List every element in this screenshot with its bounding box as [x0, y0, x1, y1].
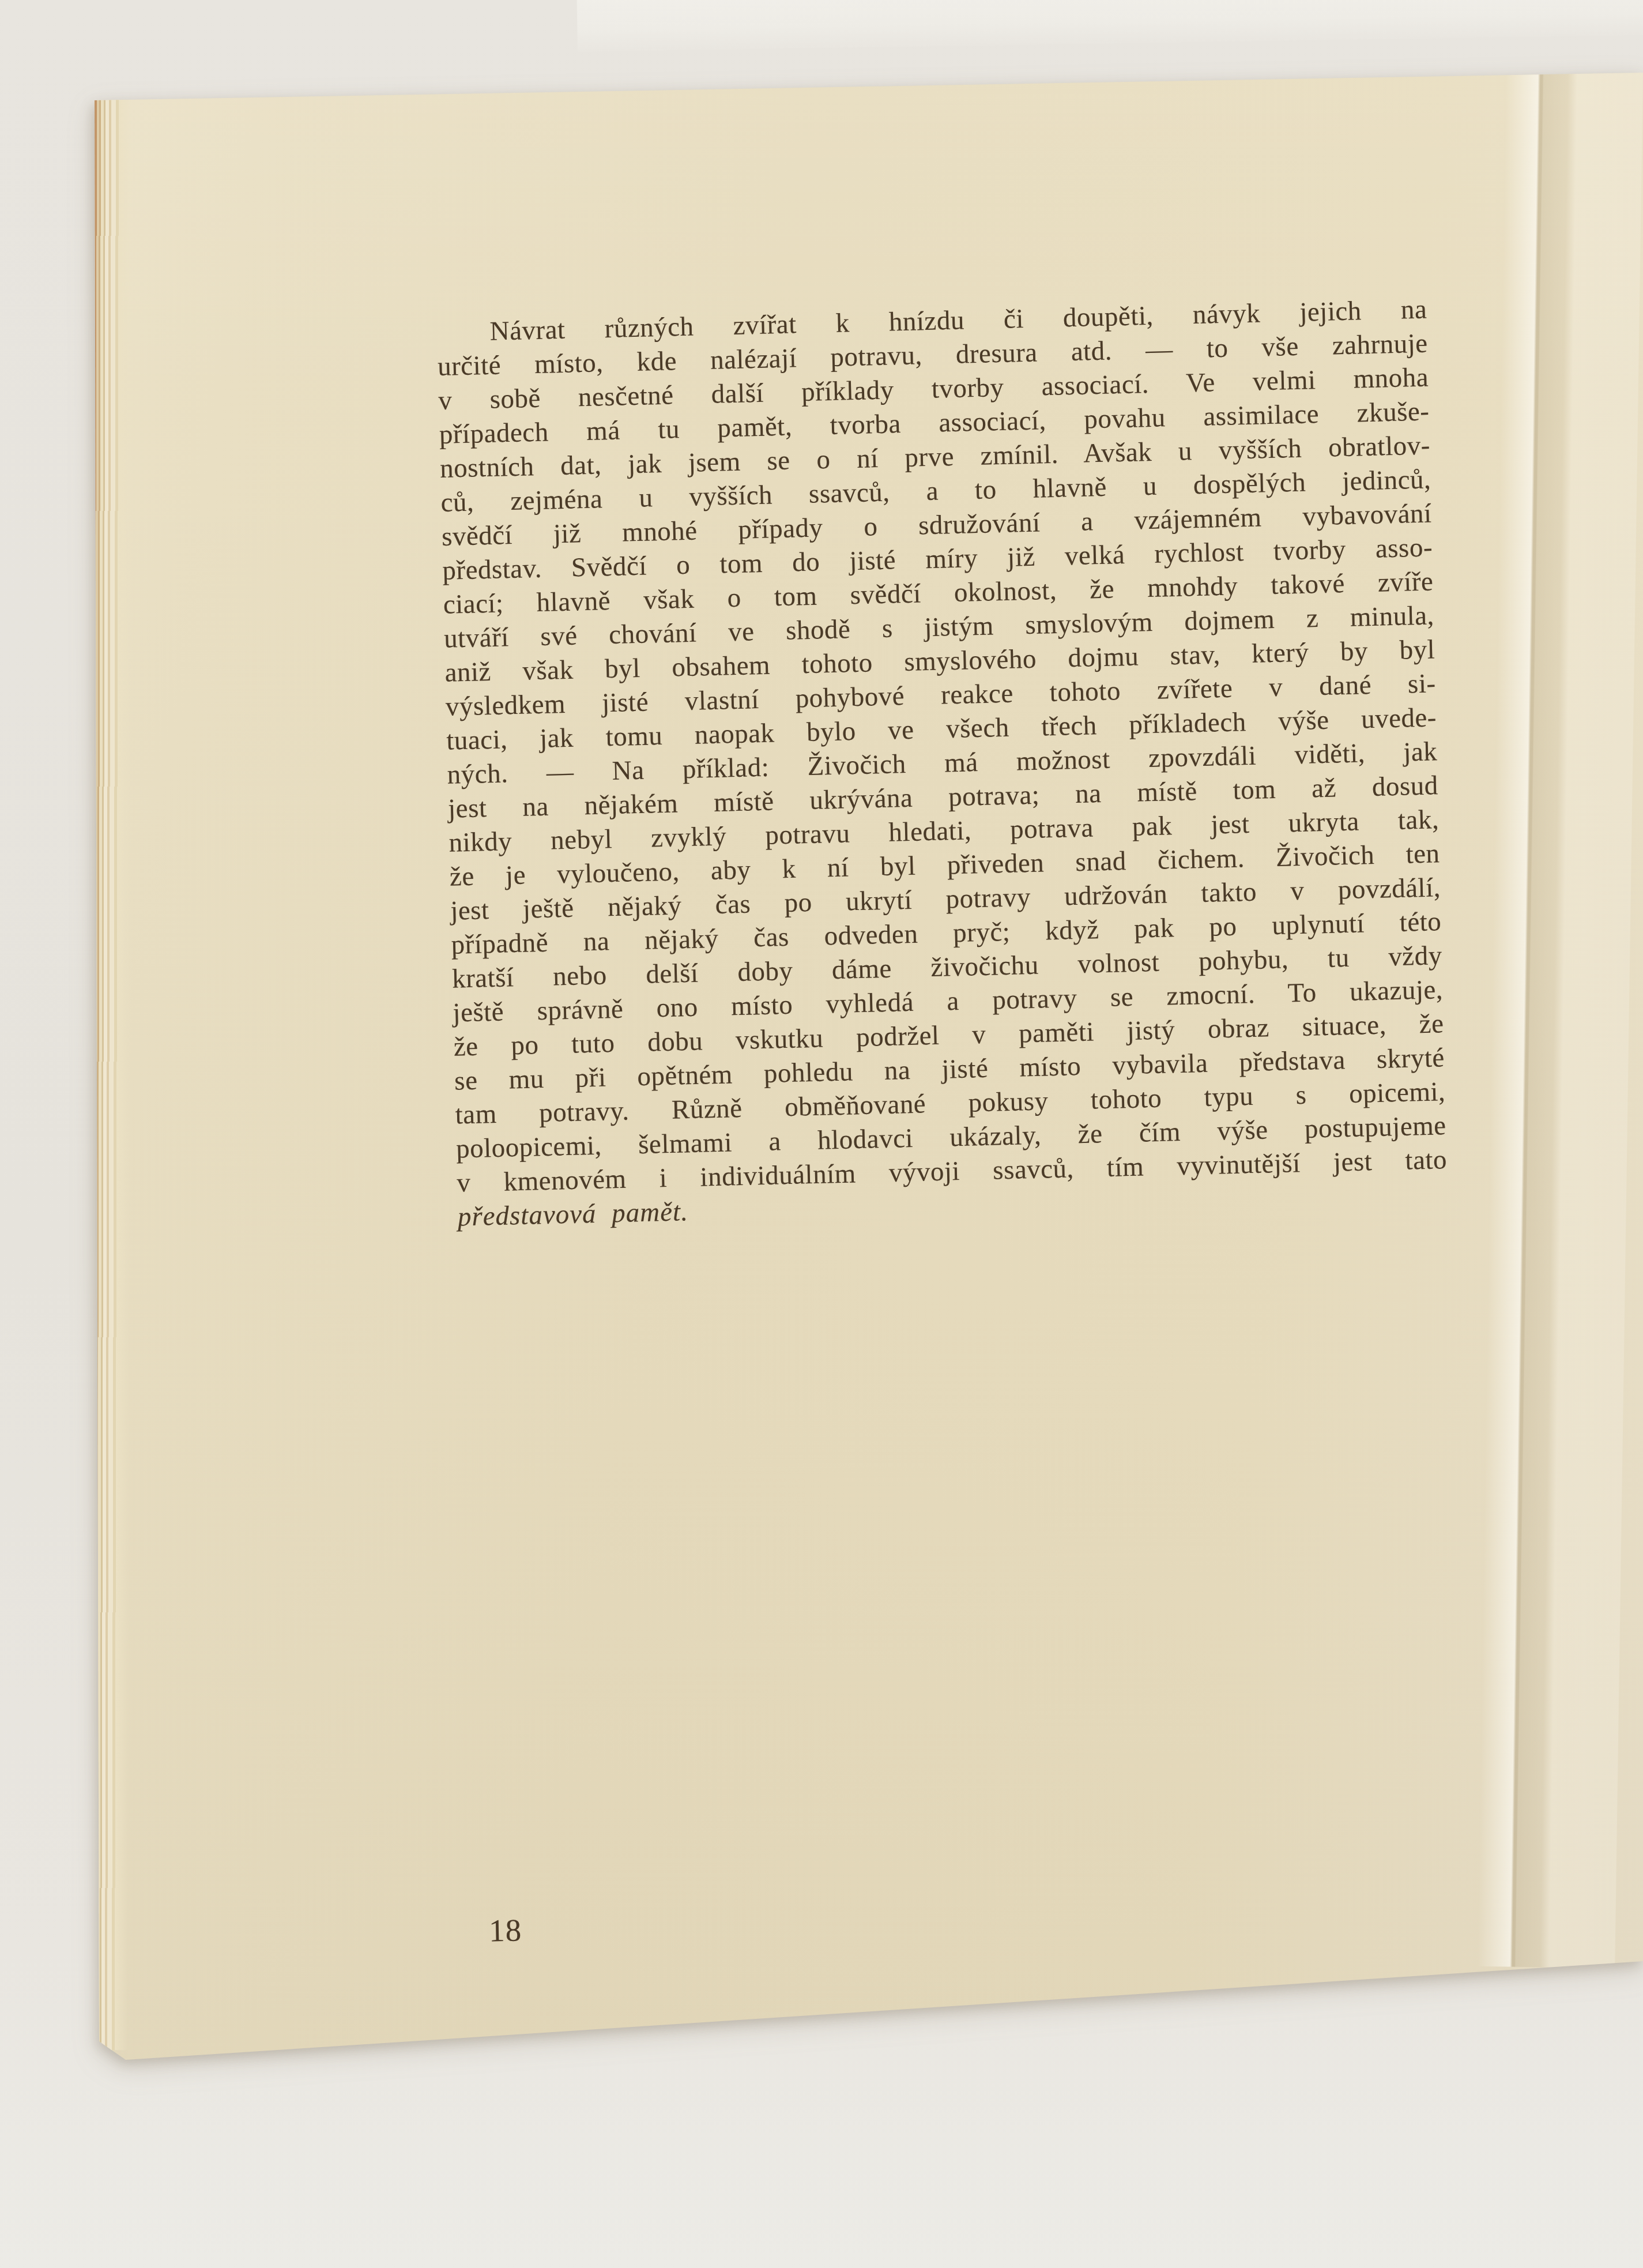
paragraph: Návrat různých zvířat k hnízdu či doupět… — [436, 293, 1448, 1235]
page-stack-edges — [90, 98, 132, 2050]
scan-backdrop: Návrat různých zvířat k hnízdu či doupět… — [0, 0, 1643, 2268]
page-paper: Návrat různých zvířat k hnízdu či doupět… — [0, 0, 1643, 2268]
book-page: Návrat různých zvířat k hnízdu či doupět… — [0, 0, 1643, 2268]
right-fold-crease — [1478, 69, 1643, 1968]
page-number: 18 — [488, 1912, 522, 1949]
